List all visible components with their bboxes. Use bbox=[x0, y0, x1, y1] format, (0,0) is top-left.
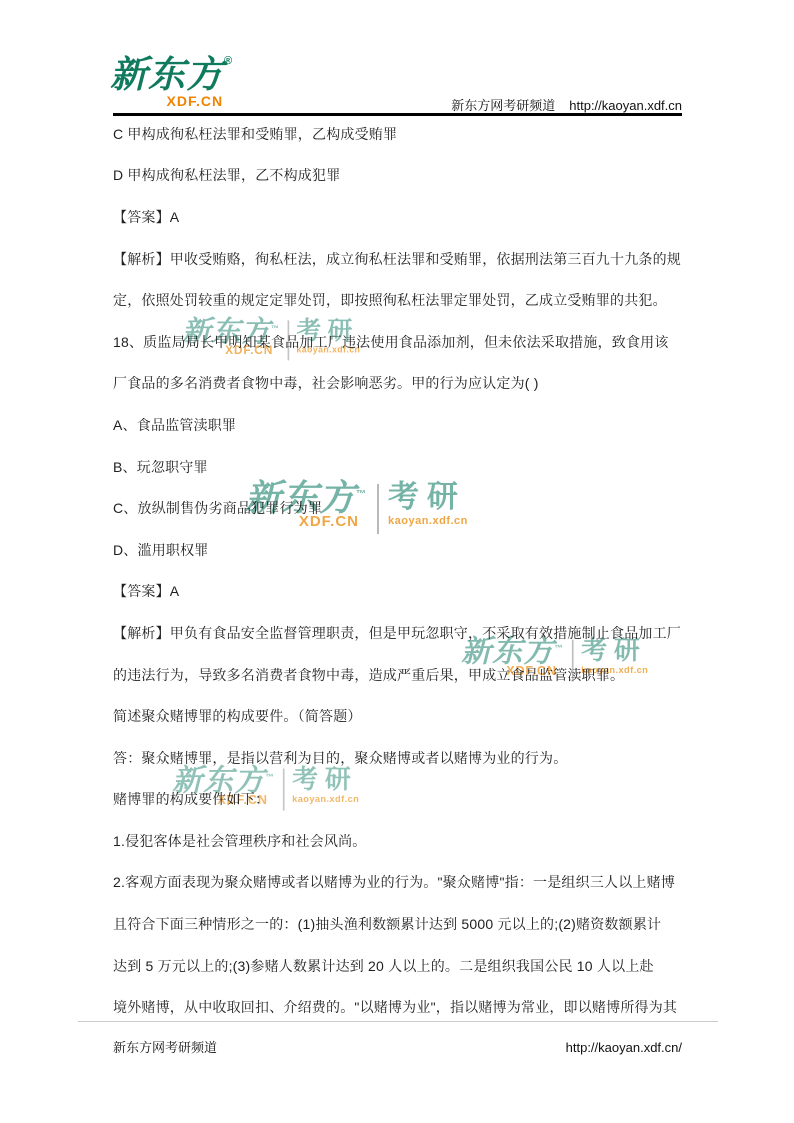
text-line: 赌博罪的构成要件如下： bbox=[113, 779, 683, 821]
text-line: 答：聚众赌博罪，是指以营利为目的，聚众赌博或者以赌博为业的行为。 bbox=[113, 737, 683, 779]
xdf-logo: 新东方® XDF.CN bbox=[110, 56, 233, 108]
text-line: C、放纵制售伪劣商品犯罪行为罪 bbox=[113, 487, 683, 529]
text-line: 的违法行为，导致多名消费者食物中毒，造成严重后果，甲成立食品监管渎职罪。 bbox=[113, 654, 683, 696]
text-line: 定，依照处罚较重的规定定罪处罚，即按照徇私枉法罪定罪处罚，乙成立受贿罪的共犯。 bbox=[113, 279, 683, 321]
text-line: D、滥用职权罪 bbox=[113, 529, 683, 571]
header-url-link[interactable]: http://kaoyan.xdf.cn bbox=[569, 98, 682, 113]
logo-brand: 新东方 bbox=[110, 54, 224, 95]
text-line: 【解析】甲负有食品安全监督管理职责，但是甲玩忽职守，不采取有效措施制止食品加工厂 bbox=[113, 612, 683, 654]
header-rule bbox=[113, 113, 682, 116]
text-line: 厂食品的多名消费者食物中毒，社会影响恶劣。甲的行为应认定为( ) bbox=[113, 363, 683, 405]
page-footer: 新东方网考研频道 http://kaoyan.xdf.cn/ bbox=[113, 1037, 682, 1056]
header-right: 新东方网考研频道 http://kaoyan.xdf.cn bbox=[451, 95, 682, 114]
registered-mark: ® bbox=[224, 55, 233, 67]
text-line: 18、质监局局长甲明知某食品加工厂违法使用食品添加剂，但未依法采取措施，致食用该 bbox=[113, 321, 683, 363]
logo-brand-text: 新东方® bbox=[110, 56, 233, 93]
text-line: 2.客观方面表现为聚众赌博或者以赌博为业的行为。"聚众赌博"指：一是组织三人以上… bbox=[113, 862, 683, 904]
text-line: B、玩忽职守罪 bbox=[113, 446, 683, 488]
footer-rule bbox=[78, 1021, 718, 1022]
footer-channel-label: 新东方网考研频道 bbox=[113, 1037, 217, 1056]
text-line: 且符合下面三种情形之一的：(1)抽头渔利数额累计达到 5000 元以上的;(2)… bbox=[113, 903, 683, 945]
logo-domain-text: XDF.CN bbox=[110, 94, 233, 108]
text-line: 【解析】甲收受贿赂，徇私枉法，成立徇私枉法罪和受贿罪，依据刑法第三百九十九条的规 bbox=[113, 238, 683, 280]
document-body: C 甲构成徇私枉法罪和受贿罪，乙构成受贿罪D 甲构成徇私枉法罪，乙不构成犯罪【答… bbox=[113, 113, 683, 1028]
text-line: 【答案】A bbox=[113, 571, 683, 613]
text-line: 【答案】A bbox=[113, 196, 683, 238]
text-line: A、食品监管渎职罪 bbox=[113, 404, 683, 446]
text-line: D 甲构成徇私枉法罪，乙不构成犯罪 bbox=[113, 155, 683, 197]
text-line: 1.侵犯客体是社会管理秩序和社会风尚。 bbox=[113, 820, 683, 862]
text-line: 达到 5 万元以上的;(3)参赌人数累计达到 20 人以上的。二是组织我国公民 … bbox=[113, 945, 683, 987]
text-line: C 甲构成徇私枉法罪和受贿罪，乙构成受贿罪 bbox=[113, 113, 683, 155]
document-page: 新东方™ XDF.CN 考研 kaoyan.xdf.cn 新东方™ XDF.CN… bbox=[0, 0, 794, 1123]
text-line: 简述聚众赌博罪的构成要件。（简答题） bbox=[113, 695, 683, 737]
footer-url-link[interactable]: http://kaoyan.xdf.cn/ bbox=[566, 1040, 682, 1055]
header-channel-label: 新东方网考研频道 bbox=[451, 95, 555, 114]
